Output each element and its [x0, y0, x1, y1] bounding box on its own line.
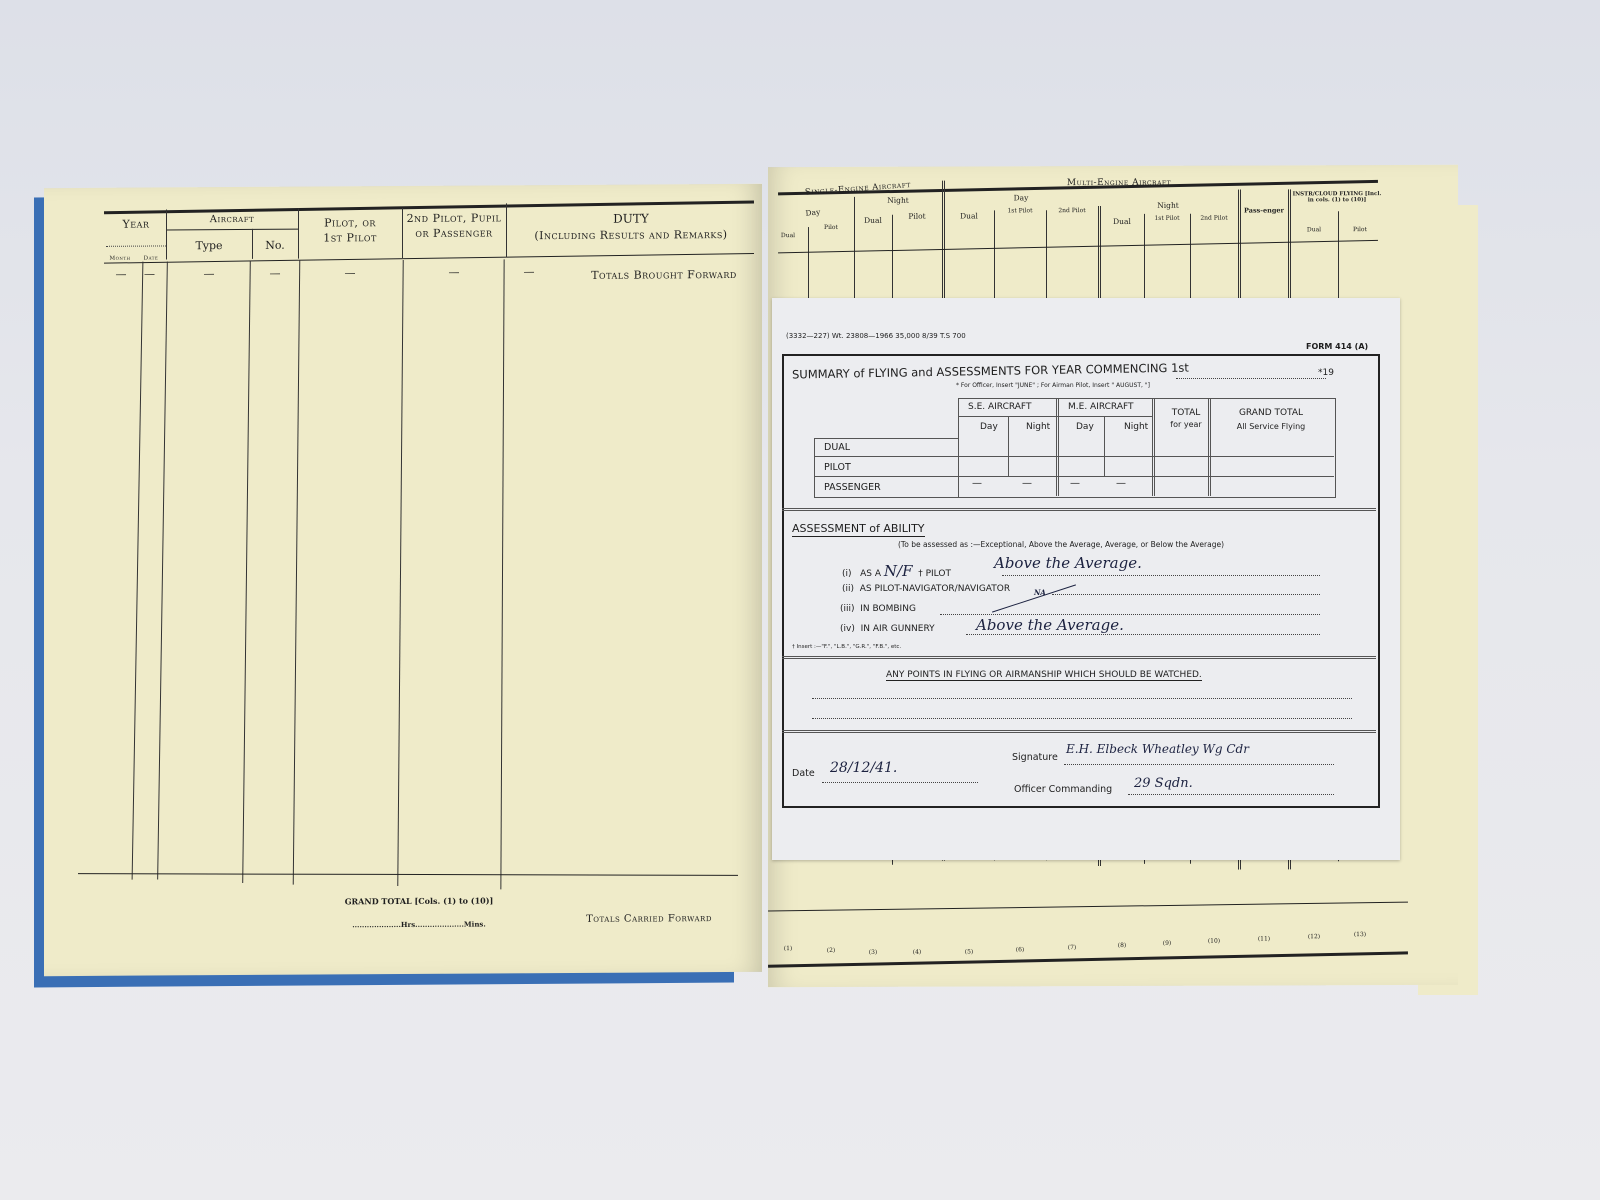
entry-dotted — [1052, 594, 1320, 595]
grand-total-label: GRAND TOTAL [Cols. (1) to (10)] — [334, 895, 504, 907]
section-divider — [782, 730, 1376, 733]
section-divider — [782, 508, 1376, 511]
year-field: *19 — [1318, 368, 1334, 378]
totals-brought-forward: Totals Brought Forward — [564, 268, 764, 284]
me-night: Night — [1124, 422, 1148, 432]
dash: — — [298, 266, 402, 281]
col-label: 1st Pilot — [994, 208, 1046, 215]
col-label: Pilot — [808, 225, 854, 232]
totals-carried-forward: Totals Carried Forward — [564, 912, 734, 927]
se-night: Night — [1026, 422, 1050, 432]
pilot-header: Pilot, or1st Pilot — [298, 216, 402, 246]
table-rule — [814, 476, 1334, 477]
insert-note: † Insert :—"F.", "L.B.", "G.R.", "F.B.",… — [792, 644, 901, 650]
gunnery-assessment-value: Above the Average. — [976, 616, 1124, 634]
dash: — — [166, 267, 252, 282]
col-label: Dual — [944, 212, 994, 221]
signature-dotted — [1064, 764, 1334, 765]
table-divider — [1152, 398, 1155, 496]
col-label: Pilot — [1338, 227, 1382, 234]
me-aircraft: M.E. AIRCRAFT — [1068, 402, 1134, 412]
row-dual: DUAL — [824, 442, 850, 453]
date-label: Date — [792, 768, 815, 779]
assessment-iii: (iii) IN BOMBING — [840, 604, 916, 614]
entry-dotted — [1002, 575, 1320, 576]
section-divider — [782, 656, 1376, 659]
instr-cloud-header: INSTR/CLOUD FLYING [Incl. in cols. (1) t… — [1292, 191, 1382, 204]
signature-value: E.H. Elbeck Wheatley Wg Cdr — [1066, 742, 1249, 756]
col-label: Pass-enger — [1240, 207, 1288, 215]
bottom-rule — [768, 902, 1408, 912]
col-num: (3) — [854, 949, 892, 956]
print-reference: (3332—227) Wt. 23808—1966 35,000 8/39 T.… — [786, 332, 966, 340]
dash: — — [1116, 478, 1126, 489]
left-page: Year Month Date Aircraft Type No. Pilot,… — [44, 184, 762, 976]
col-num: (13) — [1338, 931, 1382, 938]
summary-card: (3332—227) Wt. 23808—1966 35,000 8/39 T.… — [772, 298, 1400, 860]
aircraft-class-value: N/F — [884, 562, 913, 580]
col-num: (5) — [944, 948, 994, 955]
grand-total-sub: All Service Flying — [1216, 422, 1326, 431]
col-num: (9) — [1144, 940, 1190, 947]
points-line — [812, 718, 1352, 719]
no-header: No. — [252, 239, 298, 254]
col-num: (8) — [1100, 942, 1144, 949]
col-divider — [293, 261, 301, 885]
col-label: 1st Pilot — [1144, 216, 1190, 223]
col-num: (12) — [1290, 933, 1338, 940]
table-divider — [1104, 416, 1105, 476]
se-day: Day — [980, 422, 998, 432]
dash: — — [252, 267, 298, 282]
footer-rule — [78, 873, 738, 876]
header-bottom-rule — [104, 253, 754, 264]
form-number: FORM 414 (A) — [1306, 342, 1368, 351]
col-divider — [242, 261, 251, 883]
col-num: (6) — [994, 946, 1046, 953]
dash: — — [514, 265, 544, 280]
me-day: Day — [944, 194, 1098, 203]
me-day: Day — [1076, 422, 1094, 432]
assessment-title: ASSESSMENT of ABILITY — [792, 522, 925, 537]
total-sub: for year — [1164, 420, 1208, 429]
assessment-iv: (iv) IN AIR GUNNERY — [840, 624, 935, 634]
multi-engine-header: Multi-Engine Aircraft — [944, 177, 1294, 189]
points-title: ANY POINTS IN FLYING OR AIRMANSHIP WHICH… — [886, 670, 1202, 681]
col-num: (11) — [1240, 935, 1288, 942]
dash: — — [972, 478, 982, 489]
col-divider — [298, 209, 299, 259]
dash: — — [1070, 478, 1080, 489]
entry-dotted — [966, 634, 1320, 635]
col-divider — [132, 262, 144, 880]
col-divider — [402, 208, 403, 258]
col-divider — [252, 229, 253, 259]
officer-commanding-label: Officer Commanding — [1014, 784, 1112, 795]
aircraft-header: Aircraft — [166, 213, 298, 227]
dash: — — [106, 268, 136, 283]
se-aircraft: S.E. AIRCRAFT — [968, 402, 1031, 412]
date-value: 28/12/41. — [830, 760, 897, 776]
date-dotted — [822, 782, 978, 783]
assessment-i: (i) AS A N/F † PILOT — [842, 562, 951, 580]
row-passenger: PASSENGER — [824, 482, 881, 493]
hrs-mins: ....................Hrs.................… — [334, 919, 504, 929]
type-header: Type — [166, 239, 252, 254]
officer-commanding-value: 29 Sqdn. — [1134, 776, 1193, 791]
col-label: 2nd Pilot — [1046, 208, 1098, 215]
entry-dotted — [940, 614, 1320, 615]
dash: — — [1022, 478, 1032, 489]
col-label: 2nd Pilot — [1190, 216, 1238, 223]
col-num: (2) — [808, 947, 854, 954]
me-night: Night — [1098, 202, 1238, 211]
footnote: * For Officer, Insert "JUNE" ; For Airma… — [956, 382, 1150, 389]
row-pilot: PILOT — [824, 462, 851, 473]
second-pilot-header: 2nd Pilot, Pupilor Passenger — [402, 211, 506, 241]
col-num: (7) — [1046, 944, 1098, 951]
col-divider — [500, 259, 504, 889]
table-divider — [1208, 398, 1211, 496]
col-num: (1) — [768, 945, 808, 952]
duty-header: DUTY(Including Results and Remarks) — [506, 210, 756, 245]
se-night: Night — [858, 197, 938, 206]
dash: — — [402, 265, 506, 280]
grand-total-header: GRAND TOTAL — [1216, 408, 1326, 418]
col-divider — [157, 261, 168, 879]
year-header: Year — [106, 217, 166, 232]
total-header: TOTAL — [1164, 408, 1208, 418]
pilot-assessment-value: Above the Average. — [994, 554, 1142, 572]
assessment-instruction: (To be assessed as :—Exceptional, Above … — [898, 540, 1224, 549]
assessment-ii: (ii) AS PILOT-NAVIGATOR/NAVIGATOR — [842, 584, 1010, 594]
col-label: Dual — [854, 217, 892, 226]
table-divider — [1056, 398, 1059, 496]
col-num: (10) — [1190, 938, 1238, 945]
aircraft-rule — [166, 229, 298, 231]
col-divider — [397, 260, 403, 886]
col-label: Pilot — [892, 213, 942, 222]
se-day: Day — [778, 206, 848, 221]
oc-dotted — [1128, 794, 1334, 795]
col-divider — [506, 203, 507, 257]
table-divider — [1008, 416, 1009, 476]
col-label: Dual — [1290, 227, 1338, 234]
table-rule — [958, 416, 1152, 417]
table-rule — [814, 456, 1334, 457]
dash: — — [137, 267, 162, 282]
col-label: Dual — [768, 233, 808, 240]
year-dotted — [106, 245, 166, 246]
col-divider — [166, 209, 167, 259]
col-num: (4) — [892, 949, 942, 956]
points-line — [812, 698, 1352, 699]
title-dotted — [1176, 378, 1326, 379]
signature-label: Signature — [1012, 752, 1058, 763]
col-label: Dual — [1100, 218, 1144, 227]
